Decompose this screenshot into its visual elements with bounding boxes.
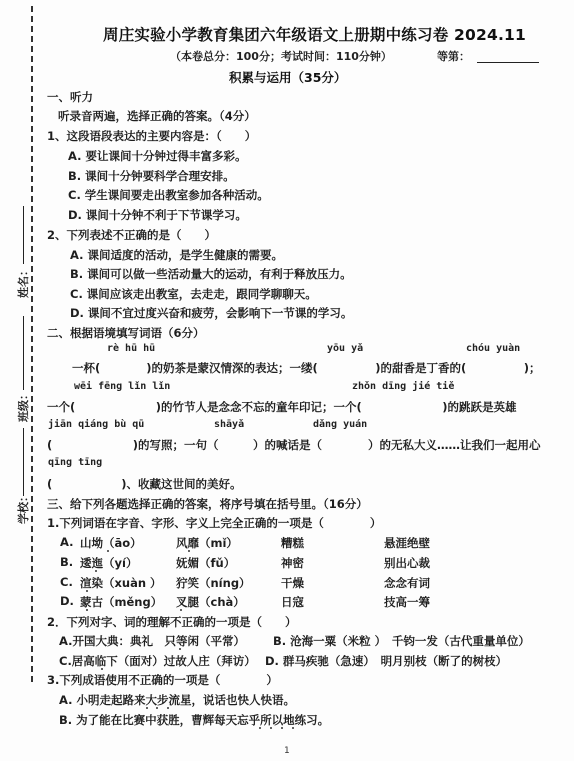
fill-line-1[interactable]: 一杯( )的奶茶是蒙汉情深的表达；一缕( )的甜香是丁香的( )； [72,360,541,376]
q1-option-c: C. 学生课间要走出教室参加各种活动。 [68,187,269,203]
grade-field[interactable] [477,62,539,63]
q1-option-d: D. 课间十分钟不利于下节课学习。 [68,207,247,223]
p3-q1-c-label: C. [60,575,73,589]
emphasis-dot [281,727,283,729]
pinyin-wei-feng-lin-lin: wēi fēng lǐn lǐn [74,381,170,392]
p3-q1-d-label: D. [60,594,74,608]
p3-q1-c-w2: 狞笑（níng） [176,575,251,591]
class-write-line [23,316,24,390]
q2-option-c: C. 课间应该走出教室，去走走，跟同学聊聊天。 [70,286,317,302]
binding-dashed-line [31,6,33,682]
p3-q3-option-a: A. 小明走起路来大步流星，说话也快人快语。 [59,692,295,708]
pinyin-re-hu-hu: rè hū hū [107,343,155,354]
emphasis-dot [107,550,109,552]
q2-option-b: B. 课间可以做一些活动量大的运动，有利于释放压力。 [70,266,352,282]
pinyin-qing-ting: qīng tīng [48,457,102,468]
p3-q1-stem: 1.下列词语在字音、字形、字义上完全正确的一项是（ ） [47,515,381,531]
p3-q2-option-c: C.居高临下（面对）过故人庄（拜访） [59,653,256,669]
name-label: 姓名： [15,265,31,298]
fill-line-4[interactable]: ( )、收藏这世间的美好。 [47,476,242,492]
p3-q3-stem: 3.下列成语使用不正确的一项是（ ） [47,672,278,688]
p3-q1-c-w4: 念念有词 [384,575,430,591]
section-heading: 积累与运用（35分） [229,68,346,86]
fill-line-3[interactable]: ( )的写照；一句（ ）的喊话是（ ）的无私大义……让我们一起用心 [47,437,541,453]
p3-q3-option-b: B. 为了能在比赛中获胜，曹辉每天忘乎所以地练习。 [59,712,329,728]
q2-stem: 2、下列表述不正确的是（ ） [47,227,216,243]
pinyin-chou-yuan: chóu yuàn [466,343,520,354]
pinyin-zhan-ding-jie-tie: zhǒn dīng jié tiě [352,381,454,392]
emphasis-dot [101,668,103,670]
p3-q1-d-w4: 技高一筹 [384,594,430,610]
p3-q1-a-w1: 山坳（āo） [80,535,142,551]
name-write-line [23,206,24,264]
p3-q2-option-d: D. 群马疾驰（急速） 明月别枝（断了的树枝） [265,653,507,669]
p3-q1-b-w2: 妩媚（fǔ） [176,555,235,571]
p3-q1-c-w1: 渲染（xuàn ） [80,575,162,591]
p3-q2-option-b: B. 沧海一粟（米粒 ） 千钧一发（古代重量单位） [273,633,530,649]
emphasis-dot [180,609,182,611]
exam-page: 姓名： 班级： 学校： 周庄实验小学教育集团六年级语文上册期中练习卷 2024.… [0,0,574,761]
q1-stem: 1、这段语段表达的主要内容是：（ ） [47,128,256,144]
emphasis-dot [86,609,88,611]
p3-q1-a-w2: 风靡（mǐ） [176,535,238,551]
p3-q1-b-w3: 神密 [281,555,304,571]
part1-instruction: 听录音两遍，选择正确的答案。（4分） [58,108,256,124]
fill-line-2[interactable]: 一个( )的竹节人是念念不忘的童年印记；一个( )的跳跃是英雄 [47,399,517,415]
p3-q1-a-w3: 糟糕 [281,535,304,551]
pinyin-dang-yuan: dǎng yuán [313,419,367,430]
p3-q1-a-w4: 悬涯绝壁 [384,535,430,551]
p3-q1-d-w2: 叉腿（chà） [176,594,245,610]
p3-q2-option-a: A.开国大典：典礼 只等闲（平常） [59,633,245,649]
page-number: 1 [284,746,290,756]
q1-option-b: B. 课间十分钟要科学合理安排。 [68,168,235,184]
pinyin-you-ya: yōu yǎ [327,343,363,354]
p3-q1-b-w4: 别出心裁 [384,555,430,571]
school-write-line [23,428,24,496]
emphasis-dot [179,648,181,650]
class-label: 班级： [15,389,31,422]
p3-q1-b-w1: 逶迤（yí） [80,555,137,571]
grade-label: 等第： [437,48,470,64]
p3-q1-c-w3: 干燥 [281,575,304,591]
part1-heading: 一、听力 [47,89,93,105]
p3-q2-stem: 2．下列对字、词的理解不正确的一项是（ ） [47,614,297,630]
emphasis-dot [146,707,148,709]
q1-option-a: A. 要让课间十分钟过得丰富多彩。 [68,148,246,164]
emphasis-dot [156,707,158,709]
emphasis-dot [259,727,261,729]
p3-q1-a-label: A. [60,535,73,549]
part2-heading: 二、根据语境填写词语（6分） [47,325,205,341]
emphasis-dot [292,727,294,729]
emphasis-dot [270,727,272,729]
p3-q1-b-label: B. [60,555,73,569]
pinyin-sha-ya: shāyǎ [214,419,244,430]
exam-meta: （本卷总分：100分；考试时间：110分钟） [170,48,392,64]
pinyin-jian-qiang-bu-qu: jiān qiáng bù qū [48,419,144,430]
q2-option-d: D. 课间不宜过度兴奋和疲劳，会影响下一节课的学习。 [70,305,352,321]
school-label: 学校： [15,491,31,524]
p3-q1-d-w1: 蒙古（měng） [80,594,162,610]
emphasis-dot [86,590,88,592]
p3-q1-d-w3: 日寇 [281,594,304,610]
emphasis-dot [188,550,190,552]
q2-option-a: A. 课间适度的活动，是学生健康的需要。 [70,247,283,263]
emphasis-dot [95,570,97,572]
emphasis-dot [167,707,169,709]
exam-title: 周庄实验小学教育集团六年级语文上册期中练习卷 2024.11 [103,23,526,45]
part3-heading: 三、给下列各题选择正确的答案，将序号填在括号里。（16分） [47,496,368,512]
